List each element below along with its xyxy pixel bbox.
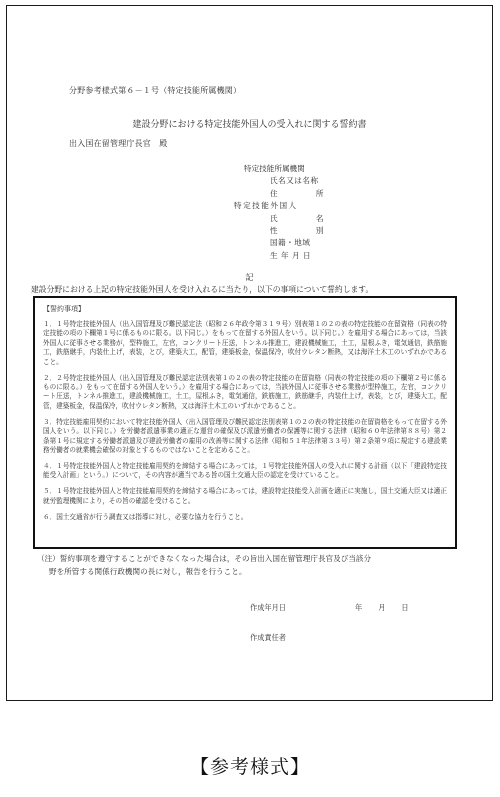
party-info-block: 特定技能所属機関 氏名又は名称 住 所 特定技能外国人 氏 名 性 別 国籍・地… xyxy=(234,163,344,262)
day-label: 日 xyxy=(401,603,408,613)
note-line-2: 野を所管する関係行政機関の長に対し，報告を行うこと。 xyxy=(37,565,457,578)
addressee: 出入国在留管理庁長官 殿 xyxy=(69,139,167,149)
creation-date-label: 作成年月日 xyxy=(250,603,286,613)
pledge-item: ５．１号特定技能外国人と特定技能雇用契約を締結する場合にあっては，建設特定技能受… xyxy=(43,487,447,506)
note-line-1: （注）誓約事項を遵守することができなくなった場合は，その旨出入国在留管理庁長官及… xyxy=(37,552,457,565)
pledge-item: ３．特定技能雇用契約において特定技能外国人（出入国管理及び難民認定法別表第１の２… xyxy=(43,418,447,456)
pledge-item: ２．２号特定技能外国人（出入国管理及び難民認定法別表第１の２の表の特定技能の在留… xyxy=(43,374,447,412)
org-address-label: 住 所 xyxy=(234,188,344,200)
pledge-item: １．１号特定技能外国人（出入国管理及び難民認定法（昭和２６年政令第３１９号）別表… xyxy=(43,320,447,367)
reference-form-caption: 【参考様式】 xyxy=(0,752,500,779)
document-title: 建設分野における特定技能外国人の受入れに関する誓約書 xyxy=(7,117,492,130)
pledge-box: 【誓約事項】 １．１号特定技能外国人（出入国管理及び難民認定法（昭和２６年政令第… xyxy=(33,296,457,549)
pledge-item: ６．国土交通省が行う調査又は指導に対し，必要な協力を行うこと。 xyxy=(43,513,447,522)
form-page: 分野参考様式第６－１号（特定技能所属機関） 建設分野における特定技能外国人の受入… xyxy=(6,5,493,701)
creation-date-fields: 年 月 日 xyxy=(355,603,409,613)
worker-sex-label: 性 別 xyxy=(234,225,344,237)
org-name-label: 氏名又は名称 xyxy=(234,175,344,187)
worker-name-label: 氏 名 xyxy=(234,213,344,225)
worker-birthdate-label: 生 年 月 日 xyxy=(234,250,344,262)
ki-heading: 記 xyxy=(7,272,492,283)
responsible-person-label: 作成責任者 xyxy=(250,633,286,643)
foreign-worker-heading: 特定技能外国人 xyxy=(234,200,344,212)
year-label: 年 xyxy=(355,603,362,613)
affiliated-org-heading: 特定技能所属機関 xyxy=(234,163,344,175)
worker-nationality-label: 国籍・地域 xyxy=(234,237,344,249)
pledge-item: ４．１号特定技能外国人と特定技能雇用契約を締結する場合にあっては，１号特定技能外… xyxy=(43,462,447,481)
pledge-heading: 【誓約事項】 xyxy=(43,304,447,314)
month-label: 月 xyxy=(378,603,385,613)
note: （注）誓約事項を遵守することができなくなった場合は，その旨出入国在留管理庁長官及… xyxy=(37,552,457,578)
form-number: 分野参考様式第６－１号（特定技能所属機関） xyxy=(69,86,241,96)
pledge-intro: 建設分野における上記の特定技能外国人を受け入れるに当たり，以下の事項について誓約… xyxy=(31,284,373,295)
